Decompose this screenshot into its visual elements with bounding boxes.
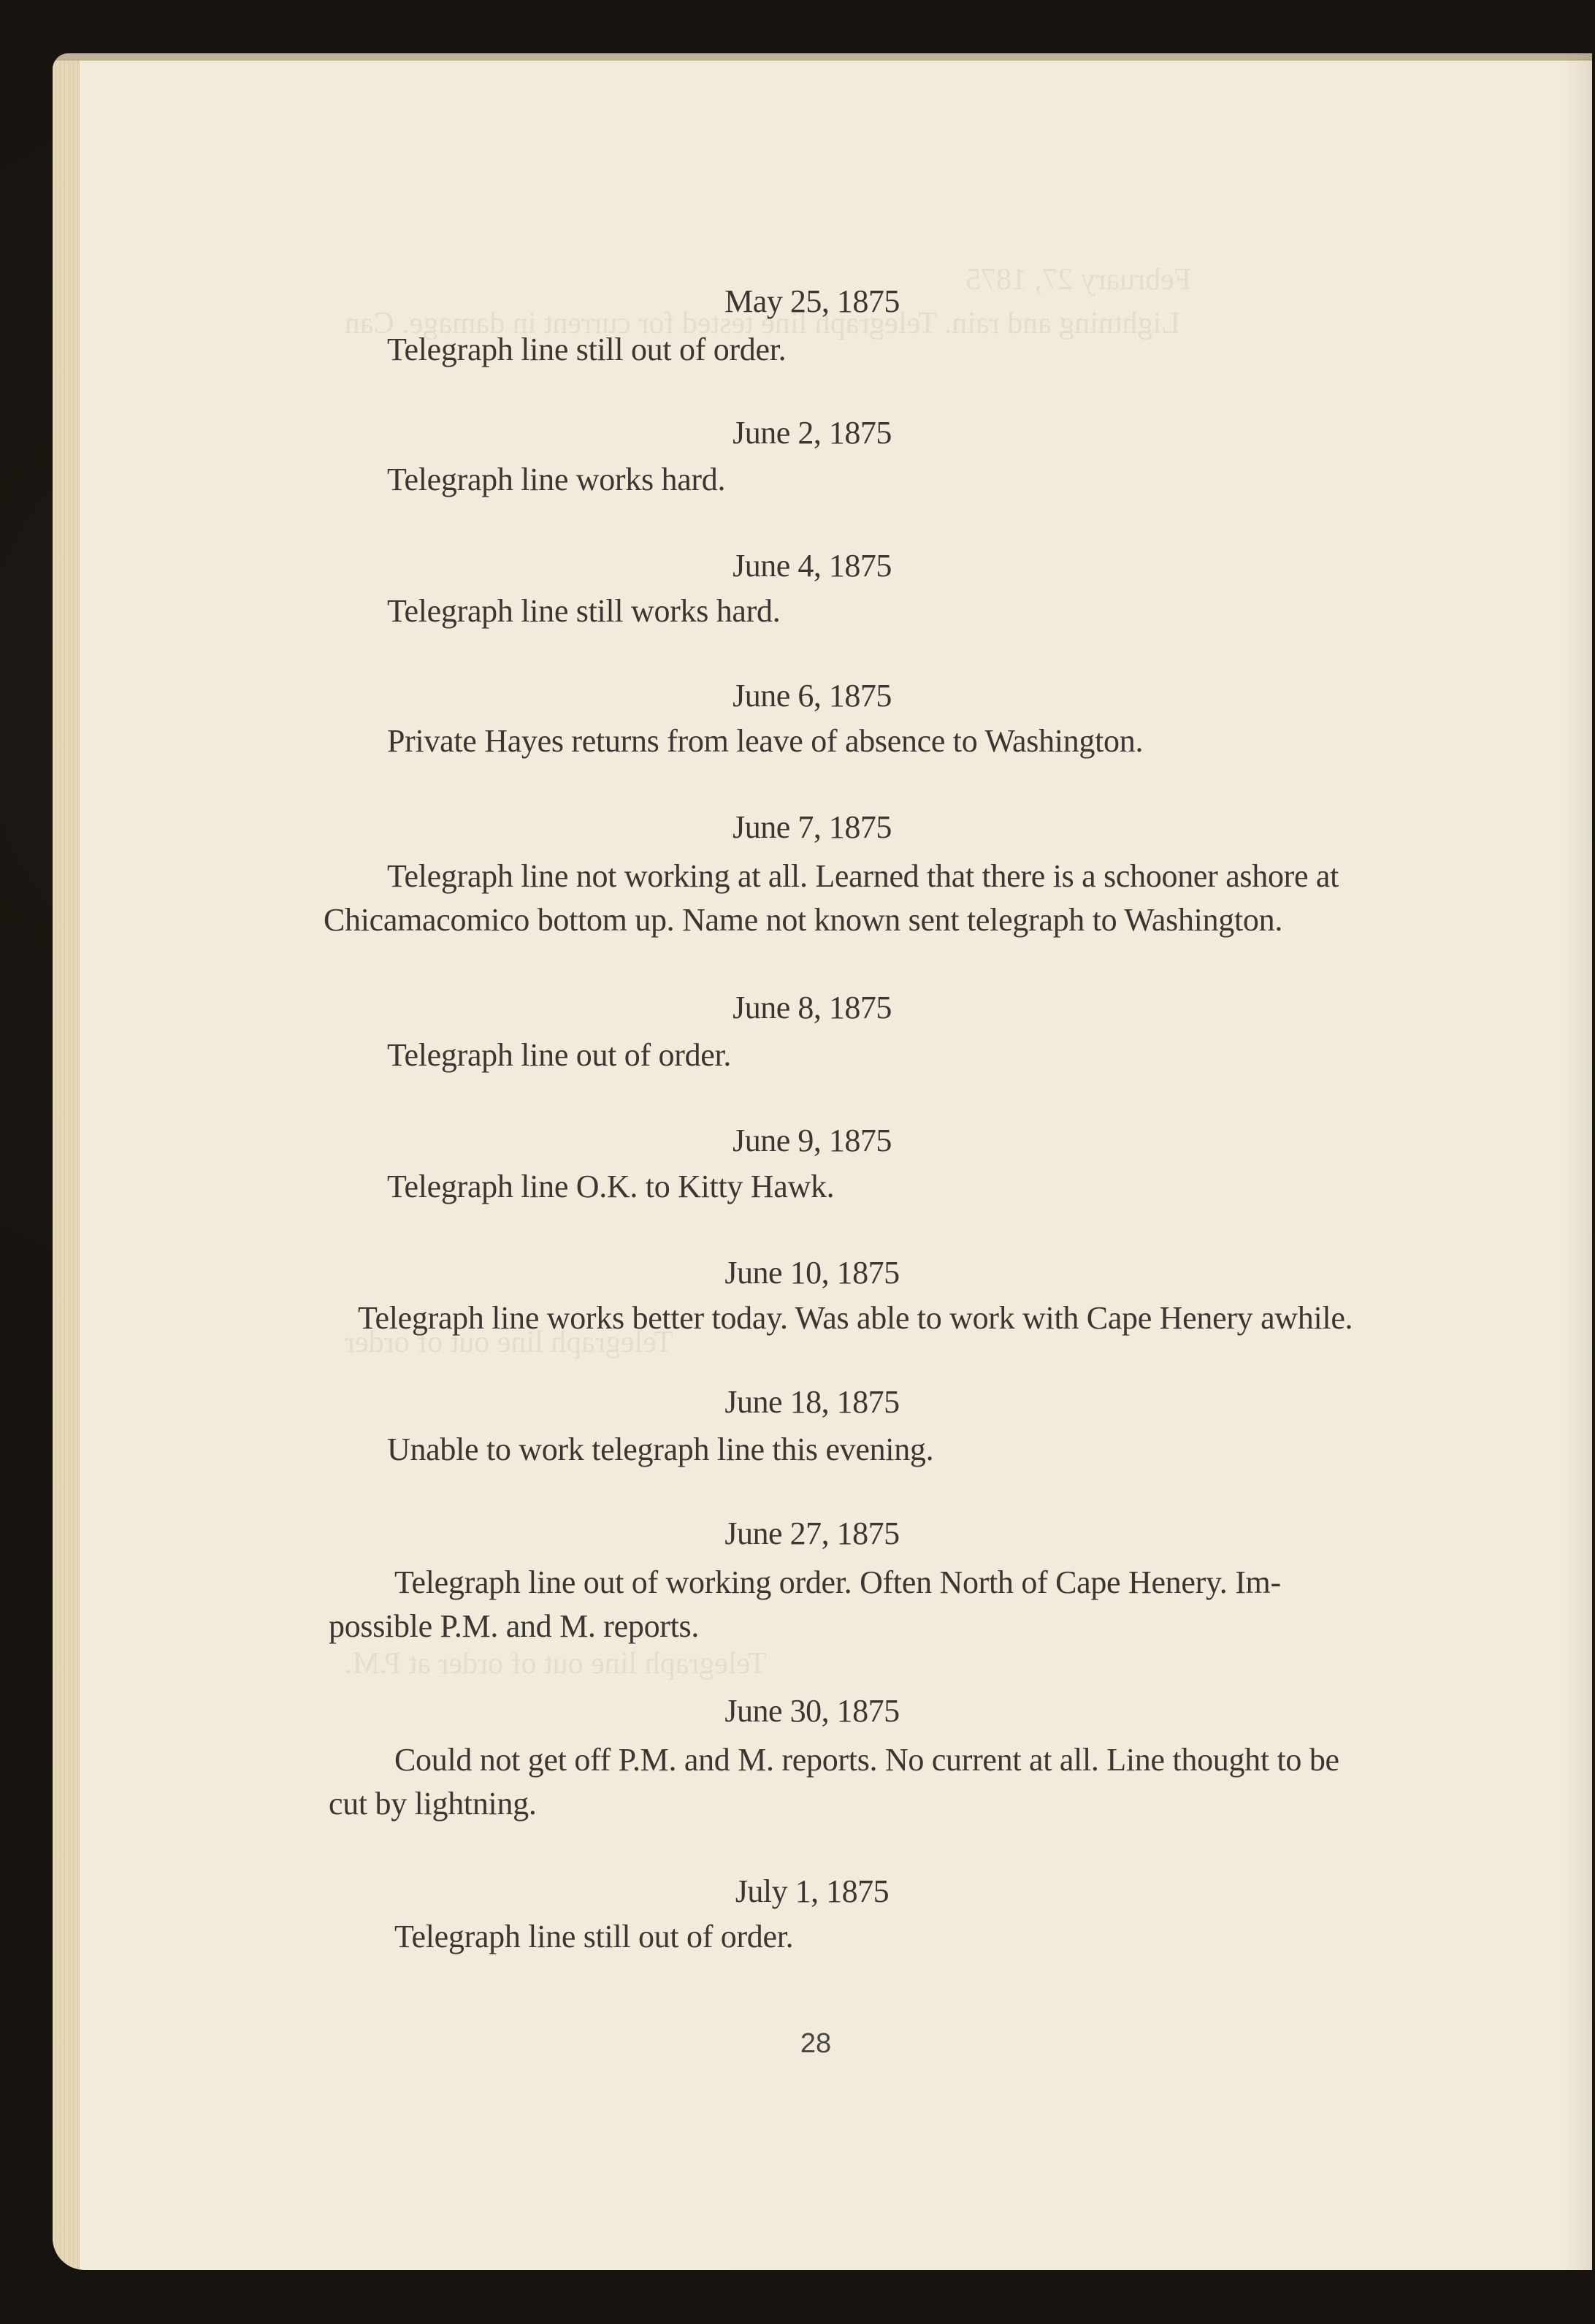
- entry-text: Could not get off P.M. and M. reports. N…: [394, 1742, 1339, 1778]
- entry-text: Telegraph line still works hard.: [387, 593, 780, 630]
- entry-text: Telegraph line out of working order. Oft…: [394, 1564, 1281, 1601]
- entry-text: Telegraph line out of order.: [387, 1037, 731, 1074]
- book-page: February 27, 1875 Lightning and rain. Te…: [53, 53, 1592, 2270]
- entry-date: June 30, 1875: [0, 1693, 1595, 1729]
- page-number: 28: [0, 2028, 1595, 2060]
- entry-date: June 4, 1875: [0, 548, 1595, 584]
- entry-date: July 1, 1875: [0, 1873, 1595, 1910]
- entry-date: May 25, 1875: [0, 283, 1595, 320]
- entry-date: June 6, 1875: [0, 678, 1595, 714]
- entry-text: Telegraph line still out of order.: [394, 1919, 793, 1955]
- entry-text: Telegraph line works hard.: [387, 462, 725, 498]
- entry-text: Chicamacomico bottom up. Name not known …: [324, 902, 1282, 939]
- entry-text: Telegraph line works better today. Was a…: [358, 1300, 1353, 1337]
- entry-text: cut by lightning.: [329, 1786, 537, 1822]
- entry-text: Unable to work telegraph line this eveni…: [387, 1432, 933, 1468]
- bleed-through-text: Telegraph line out of order at P.M.: [345, 1645, 767, 1682]
- entry-text: Telegraph line not working at all. Learn…: [387, 858, 1339, 895]
- entry-date: June 7, 1875: [0, 809, 1595, 846]
- entry-text: Telegraph line still out of order.: [387, 332, 786, 368]
- entry-text: Telegraph line O.K. to Kitty Hawk.: [387, 1169, 834, 1205]
- entry-date: June 27, 1875: [0, 1515, 1595, 1552]
- entry-text: Private Hayes returns from leave of abse…: [387, 723, 1143, 760]
- entry-date: June 18, 1875: [0, 1384, 1595, 1421]
- entry-date: June 10, 1875: [0, 1255, 1595, 1291]
- entry-text: possible P.M. and M. reports.: [329, 1608, 699, 1645]
- entry-date: June 9, 1875: [0, 1123, 1595, 1159]
- entry-date: June 2, 1875: [0, 415, 1595, 451]
- entry-date: June 8, 1875: [0, 990, 1595, 1026]
